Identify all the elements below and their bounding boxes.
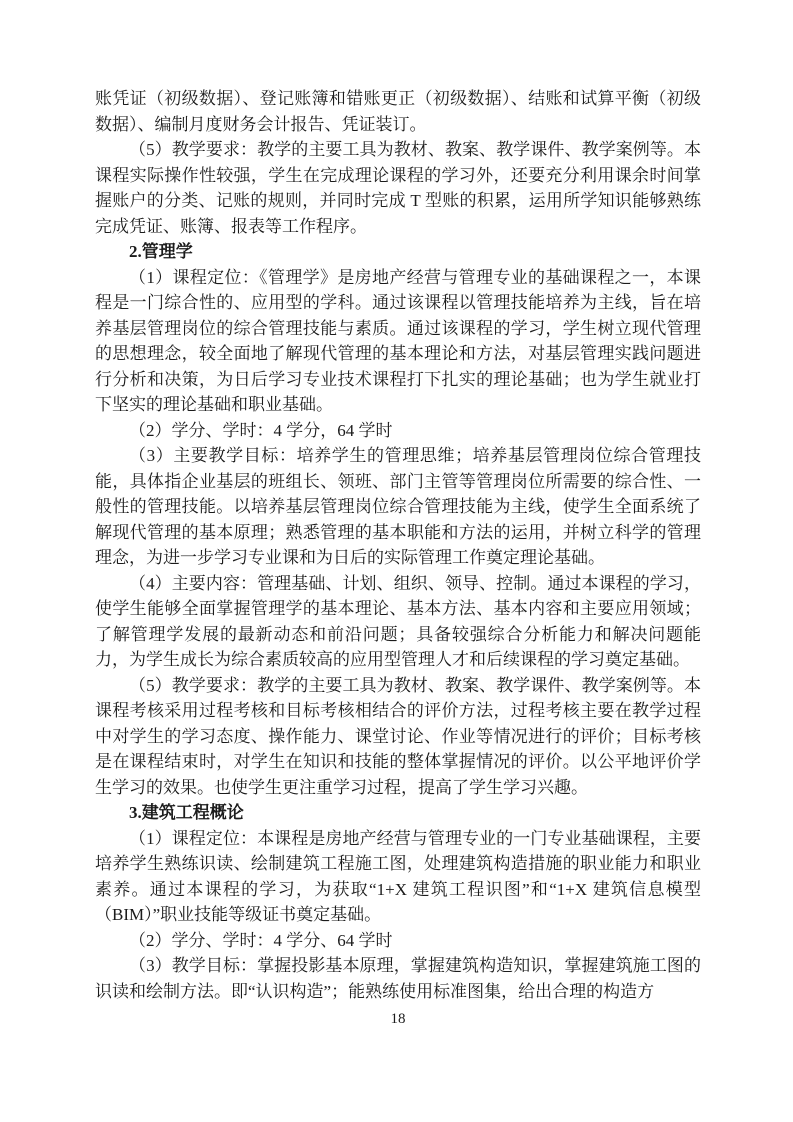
- paragraph-teaching-objectives-management: （3）主要教学目标：培养学生的管理思维；培养基层管理岗位综合管理技能，具体指企业…: [95, 443, 701, 571]
- section-heading-management: 2.管理学: [95, 239, 701, 265]
- paragraph-main-content-management: （4）主要内容：管理基础、计划、组织、领导、控制。通过本课程的学习，使学生能够全…: [95, 571, 701, 673]
- paragraph-course-position-construction: （1）课程定位：本课程是房地产经营与管理专业的一门专业基础课程，主要培养学生熟练…: [95, 826, 701, 928]
- paragraph-teaching-requirements-accounting: （5）教学要求：教学的主要工具为教材、教案、教学课件、教学案例等。本课程实际操作…: [95, 137, 701, 239]
- section-heading-construction: 3.建筑工程概论: [95, 800, 701, 826]
- paragraph-teaching-requirements-management: （5）教学要求：教学的主要工具为教材、教案、教学课件、教学案例等。本课程考核采用…: [95, 673, 701, 801]
- paragraph-credits-hours-construction: （2）学分、学时：4 学分、64 学时: [95, 928, 701, 954]
- document-page: 账凭证（初级数据）、登记账簿和错账更正（初级数据）、结账和试算平衡（初级数据）、…: [0, 0, 793, 1122]
- paragraph-course-position-management: （1）课程定位：《管理学》是房地产经营与管理专业的基础课程之一，本课程是一门综合…: [95, 265, 701, 418]
- paragraph-teaching-objectives-construction: （3）教学目标：掌握投影基本原理，掌握建筑构造知识，掌握建筑施工图的识读和绘制方…: [95, 953, 701, 1004]
- page-number: 18: [95, 1007, 701, 1033]
- paragraph-continuation: 账凭证（初级数据）、登记账簿和错账更正（初级数据）、结账和试算平衡（初级数据）、…: [95, 86, 701, 137]
- paragraph-credits-hours-management: （2）学分、学时：4 学分，64 学时: [95, 418, 701, 444]
